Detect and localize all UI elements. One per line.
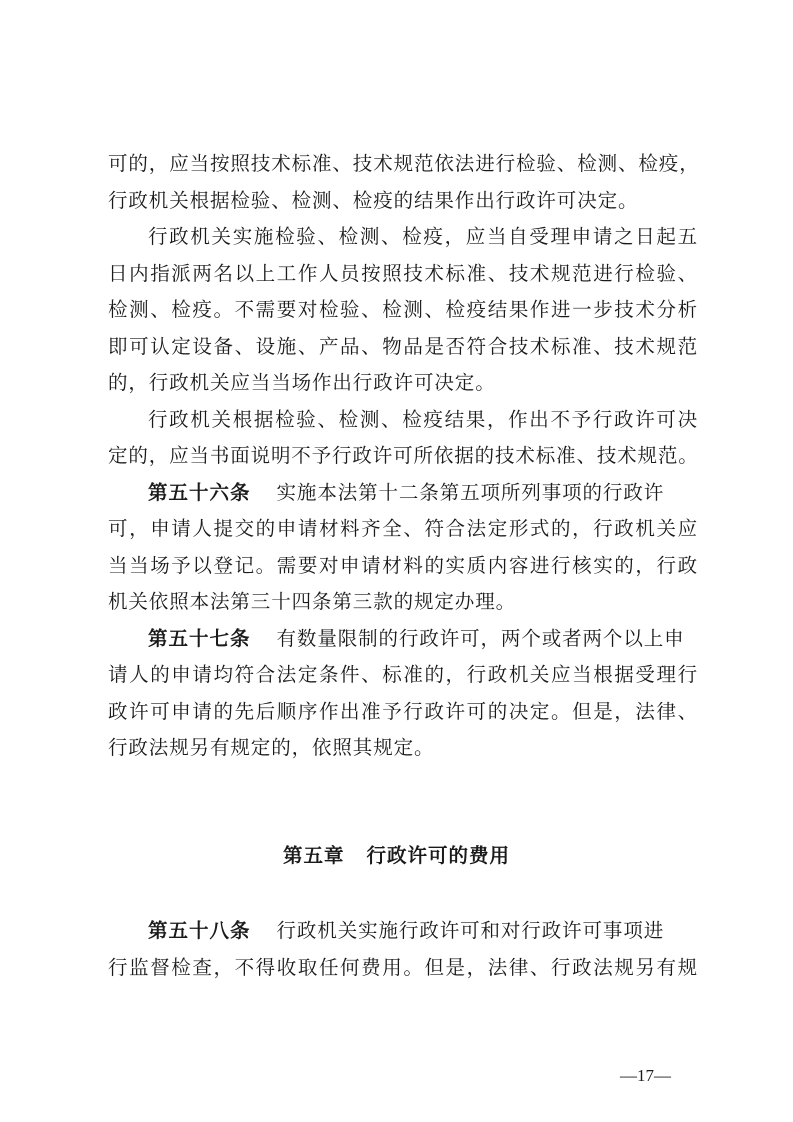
text-segment: 行政机关实施行政许可和对行政许可事项进 <box>277 919 665 942</box>
article-57-title: 第五十七条 <box>148 627 251 650</box>
article-58: 第五十八条行政机关实施行政许可和对行政许可事项进 行监督检查，不得收取任何费用。… <box>108 913 698 986</box>
article-56-title: 第五十六条 <box>148 481 251 504</box>
article-56-first-line: 第五十六条实施本法第十二条第五项所列事项的行政许 <box>108 475 698 512</box>
text-line: 行政法规另有规定的，依照其规定。 <box>108 730 698 767</box>
text-line: 行政机关实施检验、检测、检疫，应当自受理申请之日起五 <box>108 219 698 256</box>
text-line: 日内指派两名以上工作人员按照技术标准、技术规范进行检验、 <box>108 256 698 293</box>
text-line: 可，申请人提交的申请材料齐全、符合法定形式的，行政机关应 <box>108 511 698 548</box>
chapter-heading: 第五章行政许可的费用 <box>0 840 793 868</box>
page-number: —17— <box>620 1066 671 1086</box>
text-line: 当当场予以登记。需要对申请材料的实质内容进行核实的，行政 <box>108 548 698 585</box>
article-58-first-line: 第五十八条行政机关实施行政许可和对行政许可事项进 <box>108 913 698 950</box>
document-body: 可的，应当按照技术标准、技术规范依法进行检验、检测、检疫， 行政机关根据检验、检… <box>108 146 698 767</box>
text-line: 行政机关根据检验、检测、检疫的结果作出行政许可决定。 <box>108 183 698 220</box>
text-line: 请人的申请均符合法定条件、标准的，行政机关应当根据受理行 <box>108 657 698 694</box>
text-line: 政许可申请的先后顺序作出准予行政许可的决定。但是，法律、 <box>108 694 698 731</box>
text-line: 机关依照本法第三十四条第三款的规定办理。 <box>108 584 698 621</box>
chapter-title: 行政许可的费用 <box>367 844 511 867</box>
chapter-number: 第五章 <box>283 844 345 867</box>
article-58-title: 第五十八条 <box>148 919 251 942</box>
text-line: 即可认定设备、设施、产品、物品是否符合技术标准、技术规范 <box>108 329 698 366</box>
text-line: 检测、检疫。不需要对检验、检测、检疫结果作进一步技术分析 <box>108 292 698 329</box>
text-segment: 有数量限制的行政许可，两个或者两个以上申 <box>277 627 685 650</box>
text-line: 行政机关根据检验、检测、检疫结果，作出不予行政许可决 <box>108 402 698 439</box>
text-line: 的，行政机关应当当场作出行政许可决定。 <box>108 365 698 402</box>
article-57-first-line: 第五十七条有数量限制的行政许可，两个或者两个以上申 <box>108 621 698 658</box>
text-line: 可的，应当按照技术标准、技术规范依法进行检验、检测、检疫， <box>108 146 698 183</box>
text-line: 行监督检查，不得收取任何费用。但是，法律、行政法规另有规 <box>108 950 698 987</box>
text-segment: 实施本法第十二条第五项所列事项的行政许 <box>277 481 665 504</box>
text-line: 定的，应当书面说明不予行政许可所依据的技术标准、技术规范。 <box>108 438 698 475</box>
